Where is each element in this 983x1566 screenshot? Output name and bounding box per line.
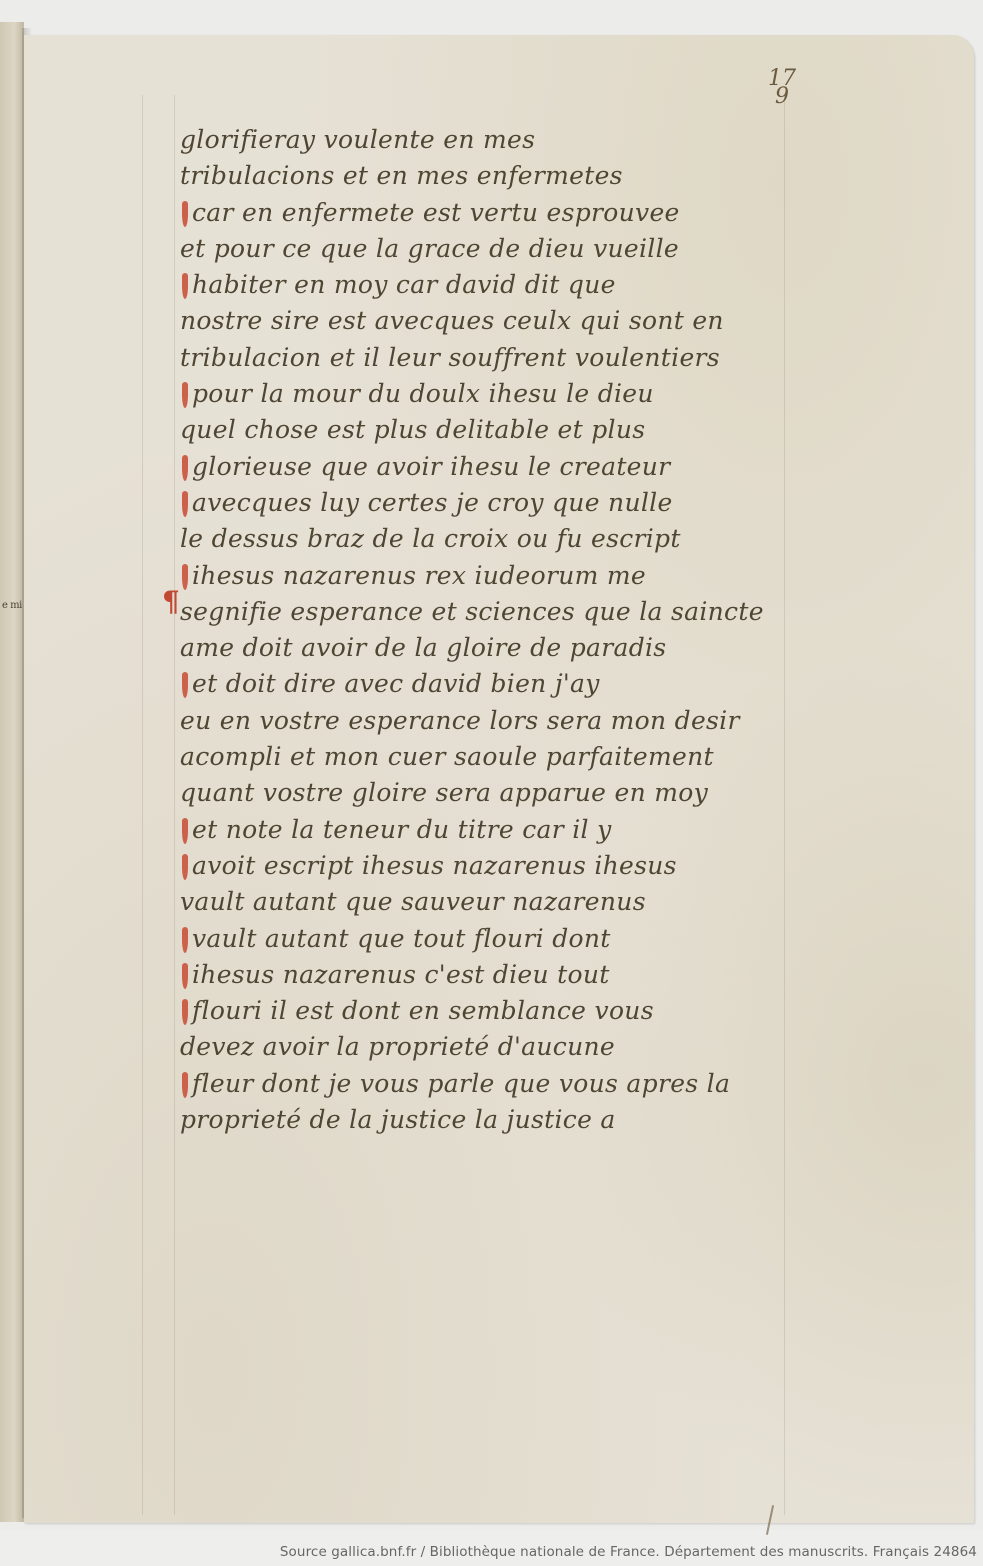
rubric-stroke-icon xyxy=(182,564,188,590)
manuscript-line-text: segnifie esperance et sciences que la sa… xyxy=(180,597,764,626)
manuscript-line: glorieuse que avoir ihesu le createur xyxy=(180,449,800,485)
rubric-stroke-icon xyxy=(182,1072,188,1098)
manuscript-line-text: tribulacions et en mes enfermetes xyxy=(180,161,623,190)
manuscript-line: ihesus nazarenus rex iudeorum me xyxy=(180,558,800,594)
manuscript-line: vault autant que sauveur nazarenus xyxy=(180,884,800,920)
pilcrow-mark-icon: ¶ xyxy=(162,588,176,618)
manuscript-line: nostre sire est avecques ceulx qui sont … xyxy=(180,303,800,339)
facing-page-text-fragment: e mi xyxy=(2,600,22,611)
manuscript-text-block: glorifieray voulente en mestribulacions … xyxy=(180,122,800,1138)
manuscript-line-text: nostre sire est avecques ceulx qui sont … xyxy=(180,306,724,335)
manuscript-line-text: et pour ce que la grace de dieu vueille xyxy=(180,234,679,263)
manuscript-line: habiter en moy car david dit que xyxy=(180,267,800,303)
rubric-stroke-icon xyxy=(182,999,188,1025)
rubric-stroke-icon xyxy=(182,818,188,844)
rubric-stroke-icon xyxy=(182,672,188,698)
manuscript-line: pour la mour du doulx ihesu le dieu xyxy=(180,376,800,412)
manuscript-line: tribulacions et en mes enfermetes xyxy=(180,158,800,194)
manuscript-line: avecques luy certes je croy que nulle xyxy=(180,485,800,521)
rubric-stroke-icon xyxy=(182,854,188,880)
manuscript-line-text: avecques luy certes je croy que nulle xyxy=(192,488,673,517)
manuscript-line-text: vault autant que tout flouri dont xyxy=(192,924,611,953)
manuscript-line-text: flouri il est dont en semblance vous xyxy=(192,996,654,1025)
manuscript-line: ame doit avoir de la gloire de paradis xyxy=(180,630,800,666)
rubric-stroke-icon xyxy=(182,927,188,953)
manuscript-line: acompli et mon cuer saoule parfaitement xyxy=(180,739,800,775)
manuscript-line-text: car en enfermete est vertu esprouvee xyxy=(192,198,680,227)
manuscript-line: segnifie esperance et sciences que la sa… xyxy=(180,594,800,630)
manuscript-line-text: habiter en moy car david dit que xyxy=(192,270,616,299)
manuscript-line: et doit dire avec david bien j'ay xyxy=(180,666,800,702)
manuscript-line: glorifieray voulente en mes xyxy=(180,122,800,158)
rubric-stroke-icon xyxy=(182,273,188,299)
manuscript-line-text: glorieuse que avoir ihesu le createur xyxy=(192,452,670,481)
manuscript-line-text: tribulacion et il leur souffrent voulent… xyxy=(180,343,720,372)
manuscript-line-text: quel chose est plus delitable et plus xyxy=(180,415,645,444)
ruling-line-inner xyxy=(174,95,175,1515)
rubric-stroke-icon xyxy=(182,382,188,408)
manuscript-line: tribulacion et il leur souffrent voulent… xyxy=(180,340,800,376)
rubric-stroke-icon xyxy=(182,491,188,517)
manuscript-line-text: proprieté de la justice la justice a xyxy=(180,1105,616,1134)
folio-number: 17 9 xyxy=(768,70,796,106)
manuscript-line: et pour ce que la grace de dieu vueille xyxy=(180,231,800,267)
manuscript-line-text: devez avoir la proprieté d'aucune xyxy=(180,1032,615,1061)
source-caption: Source gallica.bnf.fr / Bibliothèque nat… xyxy=(280,1544,977,1560)
manuscript-line: fleur dont je vous parle que vous apres … xyxy=(180,1066,800,1102)
manuscript-line-text: ihesus nazarenus c'est dieu tout xyxy=(192,960,610,989)
rubric-stroke-icon xyxy=(182,963,188,989)
manuscript-line-text: ihesus nazarenus rex iudeorum me xyxy=(192,561,646,590)
manuscript-line-text: ame doit avoir de la gloire de paradis xyxy=(180,633,666,662)
ruling-line-left xyxy=(142,95,143,1515)
manuscript-line: flouri il est dont en semblance vous xyxy=(180,993,800,1029)
manuscript-line-text: fleur dont je vous parle que vous apres … xyxy=(192,1069,730,1098)
manuscript-line: proprieté de la justice la justice a xyxy=(180,1102,800,1138)
manuscript-line: devez avoir la proprieté d'aucune xyxy=(180,1029,800,1065)
manuscript-line: eu en vostre esperance lors sera mon des… xyxy=(180,703,800,739)
manuscript-line: vault autant que tout flouri dont xyxy=(180,921,800,957)
manuscript-line-text: quant vostre gloire sera apparue en moy xyxy=(180,778,708,807)
manuscript-line: le dessus braz de la croix ou fu escript xyxy=(180,521,800,557)
manuscript-line-text: vault autant que sauveur nazarenus xyxy=(180,887,646,916)
manuscript-line: quant vostre gloire sera apparue en moy xyxy=(180,775,800,811)
facing-page-edge: e mi xyxy=(0,22,24,1522)
manuscript-line-text: acompli et mon cuer saoule parfaitement xyxy=(180,742,714,771)
manuscript-line-text: le dessus braz de la croix ou fu escript xyxy=(180,524,681,553)
manuscript-line-text: eu en vostre esperance lors sera mon des… xyxy=(180,706,740,735)
manuscript-line: car en enfermete est vertu esprouvee xyxy=(180,195,800,231)
manuscript-line-text: et note la teneur du titre car il y xyxy=(192,815,612,844)
ink-stroke-mark xyxy=(766,1505,774,1535)
manuscript-line: quel chose est plus delitable et plus xyxy=(180,412,800,448)
manuscript-line-text: glorifieray voulente en mes xyxy=(180,125,535,154)
manuscript-line: ihesus nazarenus c'est dieu tout xyxy=(180,957,800,993)
manuscript-line-text: pour la mour du doulx ihesu le dieu xyxy=(192,379,654,408)
manuscript-line-text: avoit escript ihesus nazarenus ihesus xyxy=(192,851,677,880)
rubric-stroke-icon xyxy=(182,201,188,227)
manuscript-line-text: et doit dire avec david bien j'ay xyxy=(192,669,600,698)
rubric-stroke-icon xyxy=(182,455,188,481)
manuscript-line: avoit escript ihesus nazarenus ihesus xyxy=(180,848,800,884)
manuscript-line: et note la teneur du titre car il y xyxy=(180,812,800,848)
